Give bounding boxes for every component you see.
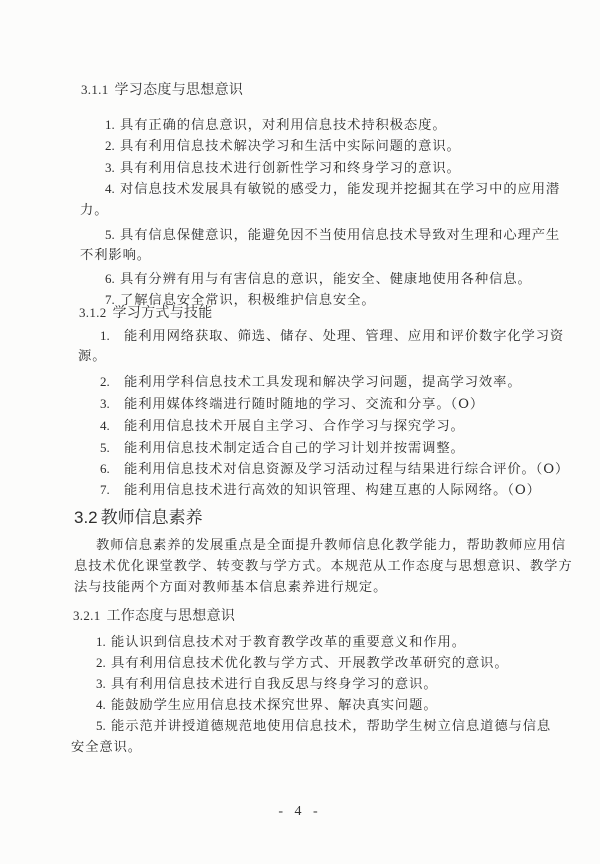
list-item: 1.能认识到信息技术对于教育教学改革的重要意义和作用。 [96, 634, 466, 651]
list-item: 7.能利用信息技术进行高效的知识管理、构建互惠的人际网络。（O） [100, 482, 541, 499]
list-item: 5.能利用信息技术制定适合自己的学习计划并按需调整。 [100, 440, 465, 457]
list-item: 5.能示范并讲授道德规范地使用信息技术，帮助学生树立信息道德与信息 [96, 718, 551, 735]
list-item: 4.对信息技术发展具有敏锐的感受力，能发现并挖掘其在学习中的应用潜 [105, 181, 560, 198]
list-item: 6.能利用信息技术对信息资源及学习活动过程与结果进行综合评价。（O） [100, 461, 569, 478]
list-item-continuation: 安全意识。 [71, 740, 142, 756]
section-title: 教师信息素养 [101, 508, 203, 528]
list-item: 2.具有利用信息技术解决学习和生活中实际问题的意识。 [105, 138, 461, 155]
list-item: 2.具有利用信息技术优化教与学方式、开展教学改革研究的意识。 [96, 655, 509, 672]
section-number: 3.2.1 [73, 608, 101, 623]
section-title: 学习方式与技能 [113, 305, 213, 321]
list-item: 1.能利用网络获取、筛选、储存、处理、管理、应用和评价数字化学习资 [100, 328, 564, 345]
page-number: - 4 - [0, 804, 600, 820]
paragraph-line: 法与技能两个方面对教师基本信息素养进行规定。 [74, 580, 387, 596]
section-heading-3-2-1: 3.2.1工作态度与思想意识 [73, 605, 235, 625]
section-number: 3.2 [74, 508, 98, 527]
section-heading-3-2: 3.2教师信息素养 [74, 503, 203, 528]
section-title: 工作态度与思想意识 [107, 608, 236, 624]
list-item: 3.能利用媒体终端进行随时随地的学习、交流和分享。（O） [100, 396, 484, 413]
paragraph-line: 息技术优化课堂教学、转变教与学方式。本规范从工作态度与思想意识、教学方 [74, 559, 573, 575]
section-number: 3.1.1 [81, 82, 109, 97]
document-page: 3.1.1学习态度与思想意识 1.具有正确的信息意识，对利用信息技术持积极态度。… [0, 0, 600, 864]
list-item: 3.具有利用信息技术进行创新性学习和终身学习的意识。 [105, 160, 461, 177]
section-heading-3-1-1: 3.1.1学习态度与思想意识 [81, 79, 243, 99]
list-item: 6.具有分辨有用与有害信息的意识，能安全、健康地使用各种信息。 [105, 271, 532, 288]
list-item-continuation: 力。 [80, 203, 108, 219]
section-heading-3-1-2-label: 3.1.2学习方式与技能 [79, 302, 213, 322]
list-item: 4.能利用信息技术开展自主学习、合作学习与探究学习。 [100, 418, 465, 435]
list-item: 4.能鼓励学生应用信息技术探究世界、解决真实问题。 [96, 697, 438, 714]
section-number: 3.1.2 [79, 305, 107, 320]
section-title: 学习态度与思想意识 [115, 82, 244, 98]
list-item: 2.能利用学科信息技术工具发现和解决学习问题，提高学习效率。 [100, 374, 522, 391]
list-item: 1.具有正确的信息意识，对利用信息技术持积极态度。 [105, 117, 447, 134]
list-item: 5.具有信息保健意识，能避免因不当使用信息技术导致对生理和心理产生 [105, 227, 560, 244]
paragraph-line: 教师信息素养的发展重点是全面提升教师信息化教学能力，帮助教师应用信 [96, 538, 566, 554]
list-item: 3.具有利用信息技术进行自我反思与终身学习的意识。 [96, 676, 438, 693]
list-item-continuation: 不利影响。 [80, 248, 151, 264]
list-item-continuation: 源。 [78, 349, 106, 365]
